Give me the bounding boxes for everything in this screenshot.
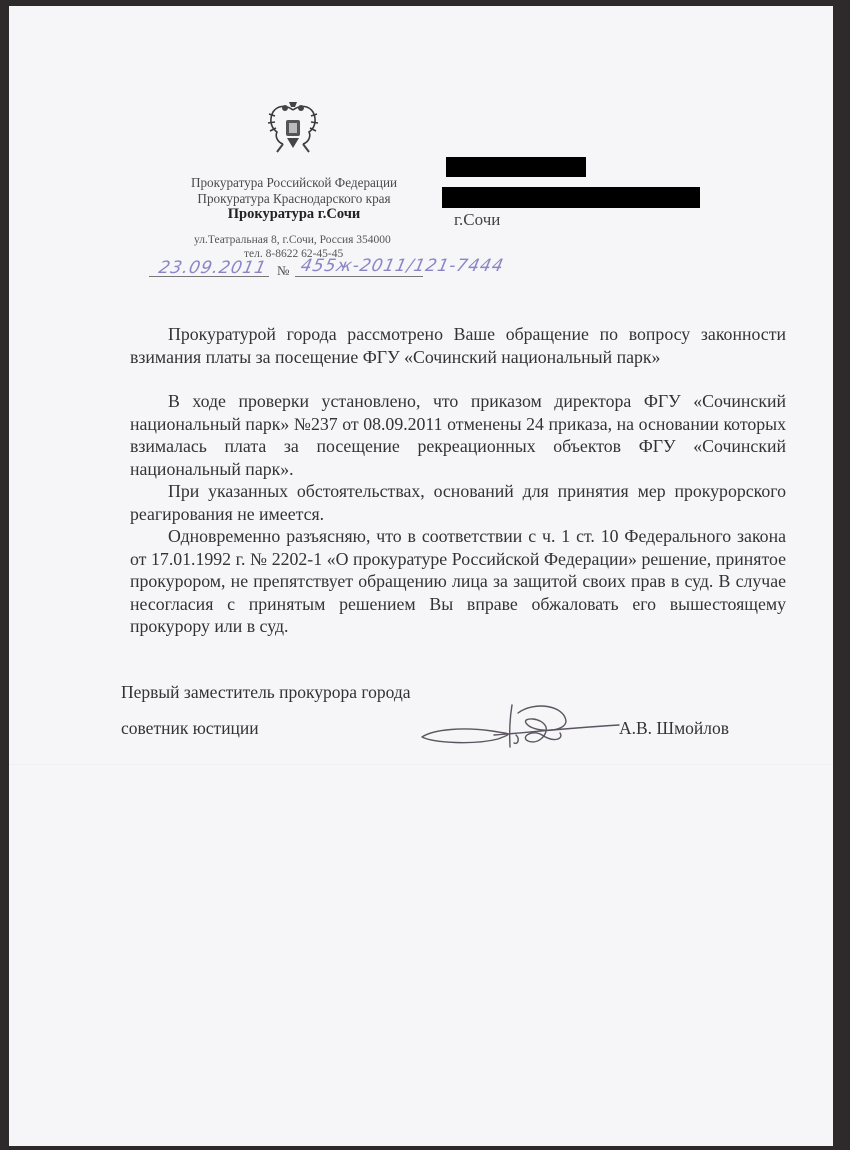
paper-fold-line [9,764,833,766]
letterhead-address: ул.Театральная 8, г.Сочи, Россия 354000 [194,234,391,246]
handwritten-date: 23.09.2011 [157,258,269,278]
body-paragraph-4: Одновременно разъясняю, что в соответств… [130,525,786,638]
body-paragraph-3: При указанных обстоятельствах, оснований… [130,480,786,525]
number-underline [295,276,423,277]
signatory-rank: советник юстиции [121,718,259,739]
russian-coat-of-arms-icon [265,98,321,156]
body-paragraph-1: Прокуратурой города рассмотрено Ваше обр… [130,323,786,368]
handwritten-reference-number: 455ж-2011/121-7444 [299,256,506,276]
signatory-position: Первый заместитель прокурора города [121,682,411,703]
redacted-recipient-line-2 [442,187,700,208]
letterhead-line-1: Прокуратура Российской Федерации [159,175,429,191]
recipient-city: г.Сочи [454,210,500,230]
handwritten-signature [414,699,629,754]
letterhead-line-2: Прокуратура Краснодарского края [159,191,429,207]
redacted-recipient-line-1 [446,157,586,177]
body-paragraph-2: В ходе проверки установлено, что приказо… [130,390,786,480]
document-page: Прокуратура Российской Федерации Прокура… [9,6,833,1146]
letterhead-line-3: Прокуратура г.Сочи [159,206,429,223]
signatory-name: А.В. Шмойлов [619,718,729,739]
number-sign: № [277,263,289,279]
